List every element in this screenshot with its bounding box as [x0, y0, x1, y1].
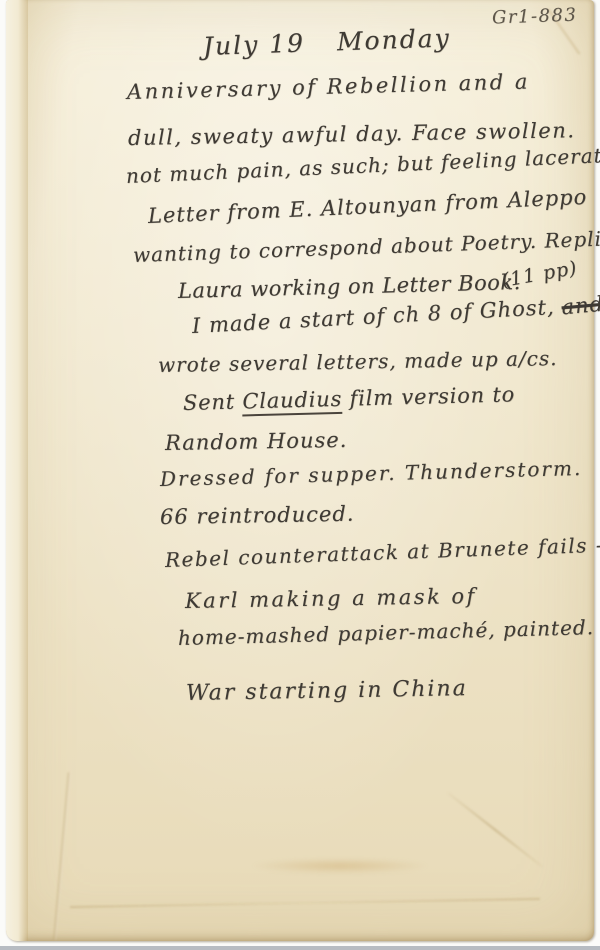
- diary-line: 66 reintroduced.: [160, 502, 355, 529]
- diary-line: War starting in China: [186, 676, 468, 706]
- struck-word: and: [561, 292, 600, 320]
- heading-day: Monday: [336, 23, 451, 56]
- heading-gap: [305, 50, 337, 51]
- scanned-diary-page: Gr1-883 July 19Monday Anniversary of Reb…: [0, 0, 600, 950]
- heading-date: July 19: [202, 28, 305, 61]
- diary-line: Karl making a mask of: [185, 584, 477, 613]
- line-text: film version to: [342, 382, 516, 411]
- paper-stain: [250, 858, 430, 874]
- scanner-edge: [0, 946, 600, 950]
- diary-line: Random House.: [165, 428, 348, 455]
- line-text: Sent: [183, 389, 243, 415]
- archive-reference: Gr1-883: [492, 5, 578, 29]
- deckle-edge: [6, 0, 28, 941]
- underlined-title: Claudius: [242, 387, 342, 417]
